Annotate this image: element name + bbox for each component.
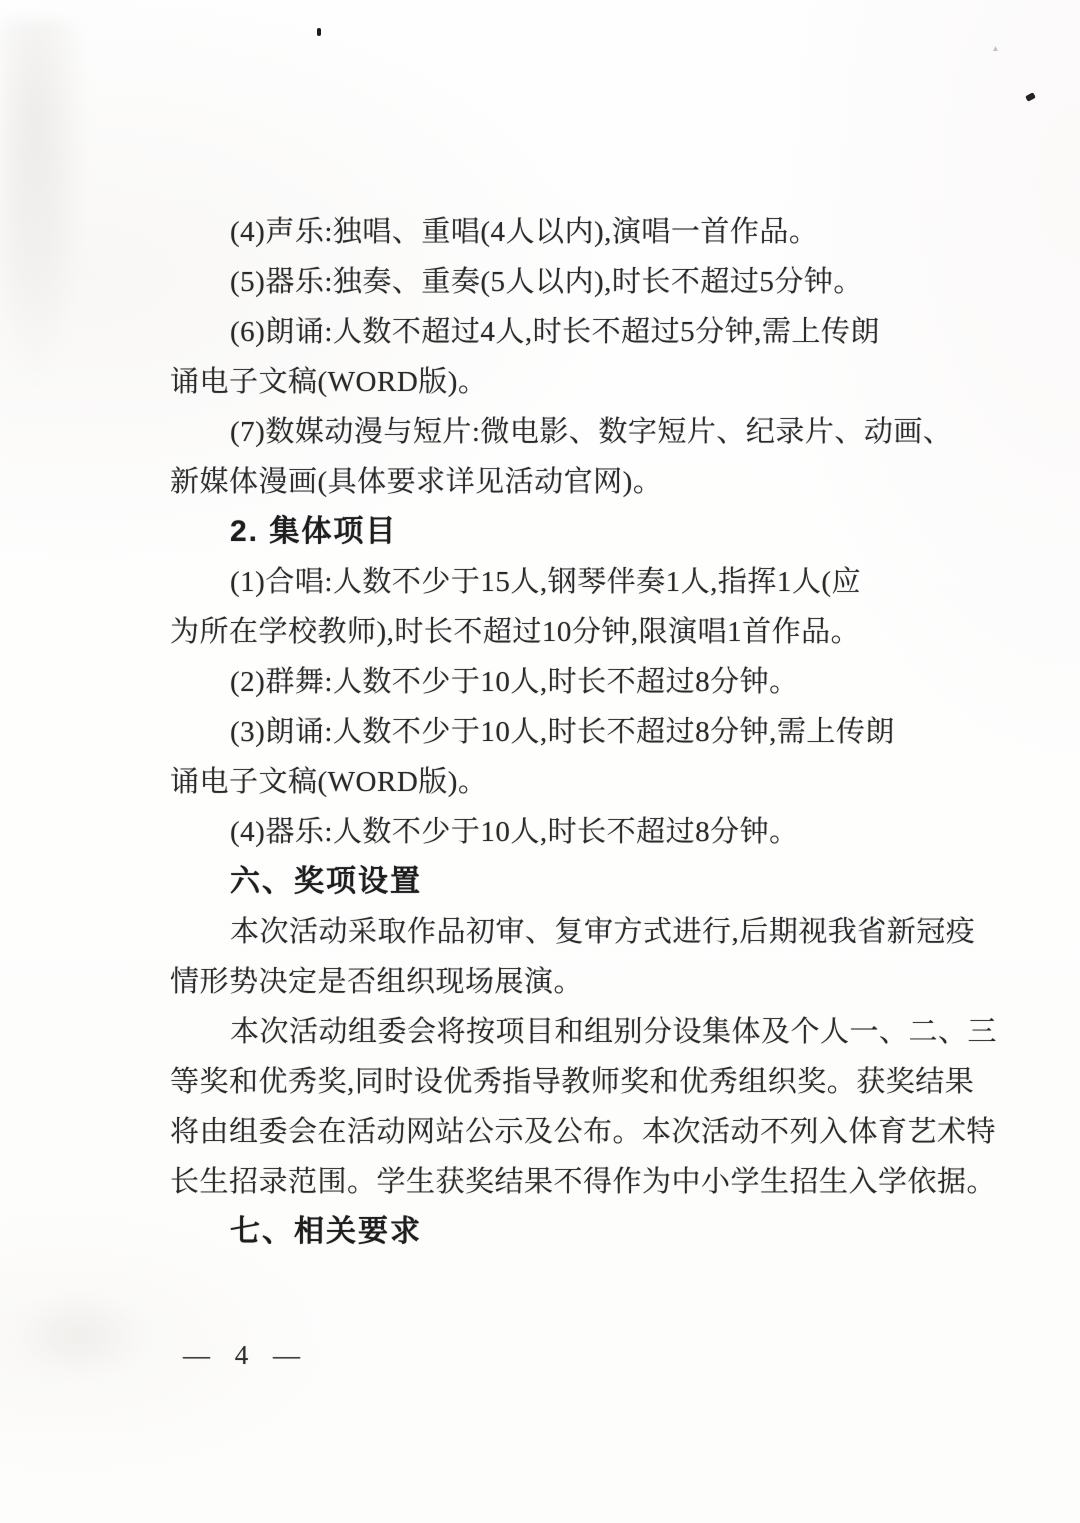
text-line: 情形势决定是否组织现场展演。 [170,957,970,1007]
text-line: 等奖和优秀奖,同时设优秀指导教师奖和优秀组织奖。获奖结果 [170,1057,970,1107]
scan-smudge [10,1290,150,1380]
scan-smudge [0,20,90,390]
text-line: 为所在学校教师),时长不超过10分钟,限演唱1首作品。 [170,607,970,657]
text-line: (4)声乐:独唱、重唱(4人以内),演唱一首作品。 [170,207,970,257]
text-line: 将由组委会在活动网站公示及公布。本次活动不列入体育艺术特 [170,1107,970,1157]
document-page: (4)声乐:独唱、重唱(4人以内),演唱一首作品。(5)器乐:独奏、重奏(5人以… [0,0,1080,1523]
section-heading: 六、奖项设置 [170,857,970,907]
text-line: (1)合唱:人数不少于15人,钢琴伴奏1人,指挥1人(应 [170,557,970,607]
text-line: (4)器乐:人数不少于10人,时长不超过8分钟。 [170,807,970,857]
document-body: (4)声乐:独唱、重唱(4人以内),演唱一首作品。(5)器乐:独奏、重奏(5人以… [170,207,970,1257]
text-line: (2)群舞:人数不少于10人,时长不超过8分钟。 [170,657,970,707]
scan-speck [993,46,998,51]
text-line: 诵电子文稿(WORD版)。 [170,357,970,407]
text-line: (3)朗诵:人数不少于10人,时长不超过8分钟,需上传朗 [170,707,970,757]
text-line: 长生招录范围。学生获奖结果不得作为中小学生招生入学依据。 [170,1157,970,1207]
section-heading: 2. 集体项目 [170,507,970,557]
scan-speck [1025,92,1036,102]
text-line: (5)器乐:独奏、重奏(5人以内),时长不超过5分钟。 [170,257,970,307]
text-line: 诵电子文稿(WORD版)。 [170,757,970,807]
page-number: — 4 — [183,1340,309,1371]
text-line: (7)数媒动漫与短片:微电影、数字短片、纪录片、动画、 [170,407,970,457]
scan-speck [317,28,321,36]
section-heading: 七、相关要求 [170,1207,970,1257]
text-line: 新媒体漫画(具体要求详见活动官网)。 [170,457,970,507]
text-line: 本次活动采取作品初审、复审方式进行,后期视我省新冠疫 [170,907,970,957]
text-line: 本次活动组委会将按项目和组别分设集体及个人一、二、三 [170,1007,970,1057]
text-line: (6)朗诵:人数不超过4人,时长不超过5分钟,需上传朗 [170,307,970,357]
